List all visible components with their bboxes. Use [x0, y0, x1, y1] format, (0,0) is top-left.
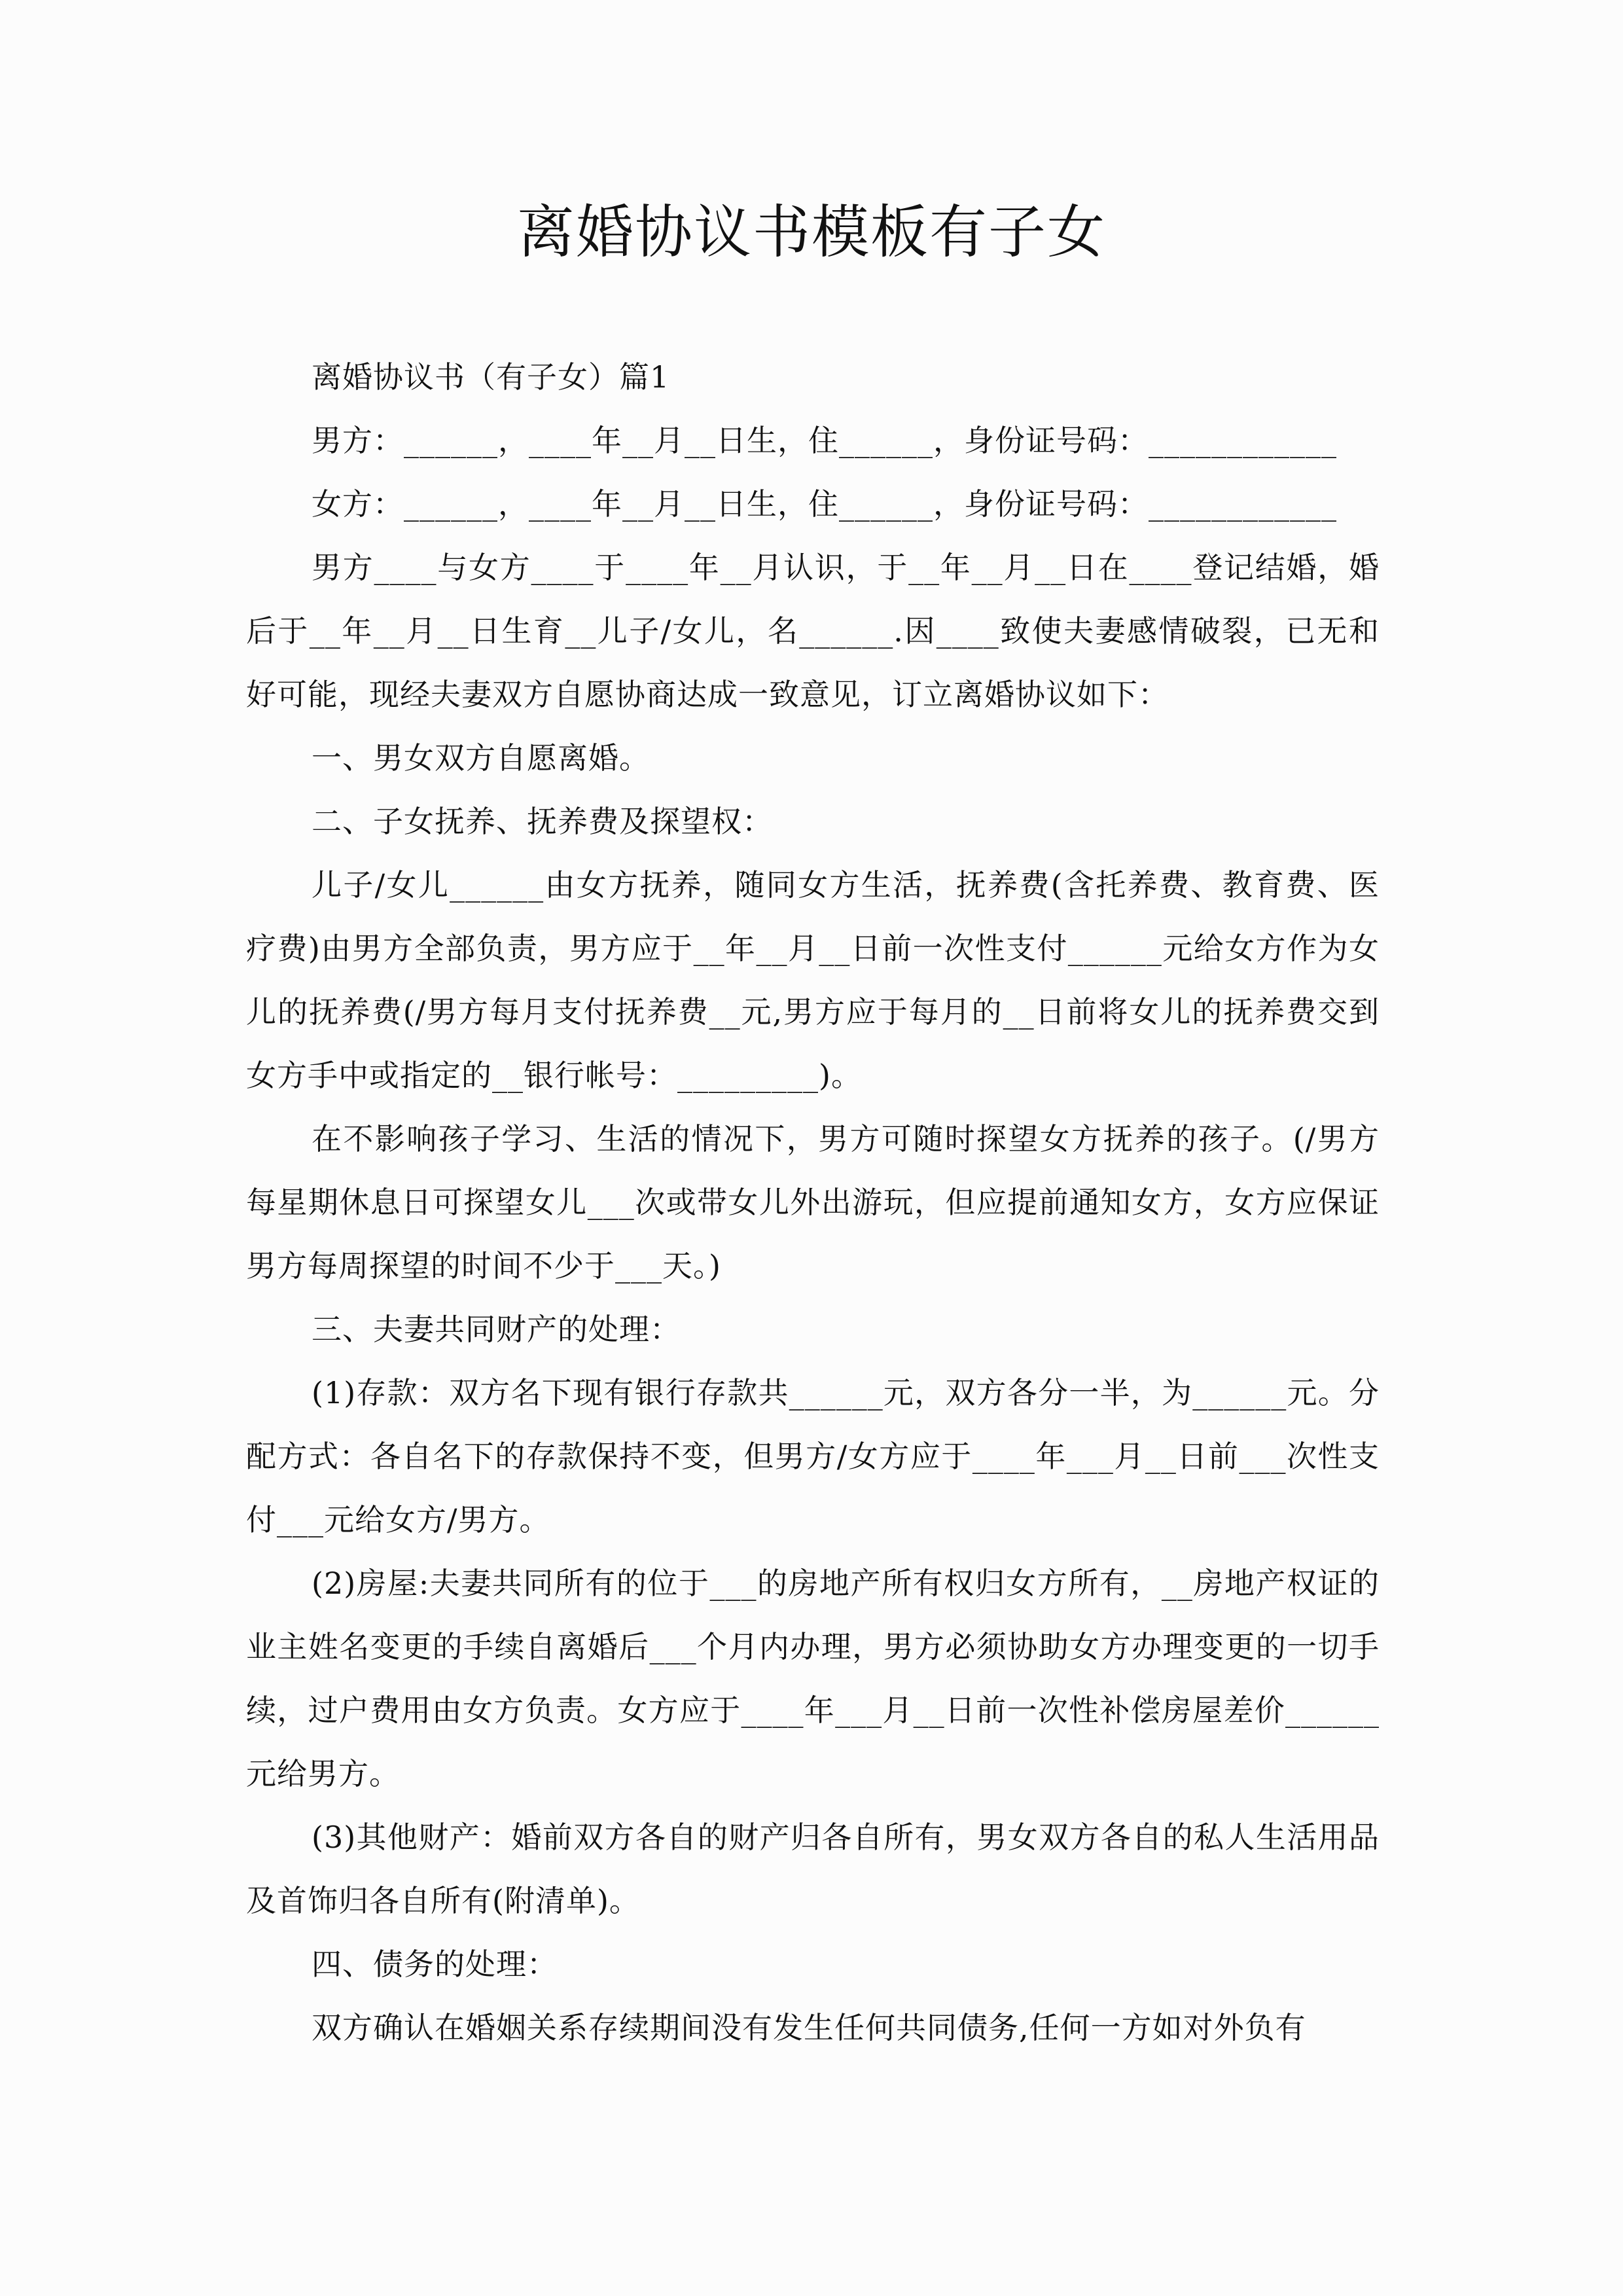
clause-1-heading: 一、男女双方自愿离婚。 — [246, 726, 1380, 790]
male-party-info: 男方：______，____年__月__日生，住______，身份证号码：___… — [246, 409, 1380, 473]
house-paragraph: (2)房屋:夫妻共同所有的位于___的房地产所有权归女方所有，__房地产权证的业… — [246, 1552, 1380, 1806]
child-support-paragraph: 儿子/女儿______由女方抚养，随同女方生活，抚养费(含托养费、教育费、医疗费… — [246, 853, 1380, 1107]
clause-2-heading: 二、子女抚养、抚养费及探望权： — [246, 790, 1380, 853]
section-heading-part-1: 离婚协议书（有子女）篇1 — [246, 346, 1380, 409]
document-page: 离婚协议书模板有子女 离婚协议书（有子女）篇1 男方：______，____年_… — [0, 0, 1623, 2296]
visitation-paragraph: 在不影响孩子学习、生活的情况下，男方可随时探望女方抚养的孩子。(/男方每星期休息… — [246, 1107, 1380, 1298]
document-body: 离婚协议书（有子女）篇1 男方：______，____年__月__日生，住___… — [246, 346, 1380, 2060]
marriage-background-paragraph: 男方____与女方____于____年__月认识，于__年__月__日在____… — [246, 536, 1380, 726]
clause-3-heading: 三、夫妻共同财产的处理： — [246, 1298, 1380, 1361]
female-party-info: 女方：______，____年__月__日生，住______，身份证号码：___… — [246, 473, 1380, 536]
debt-paragraph: 双方确认在婚姻关系存续期间没有发生任何共同债务,任何一方如对外负有 — [246, 1996, 1380, 2060]
other-property-paragraph: (3)其他财产：婚前双方各自的财产归各自所有，男女双方各自的私人生活用品及首饰归… — [246, 1806, 1380, 1933]
clause-4-heading: 四、债务的处理： — [246, 1933, 1380, 1996]
savings-paragraph: (1)存款：双方名下现有银行存款共______元，双方各分一半，为______元… — [246, 1361, 1380, 1552]
document-title: 离婚协议书模板有子女 — [0, 196, 1623, 268]
